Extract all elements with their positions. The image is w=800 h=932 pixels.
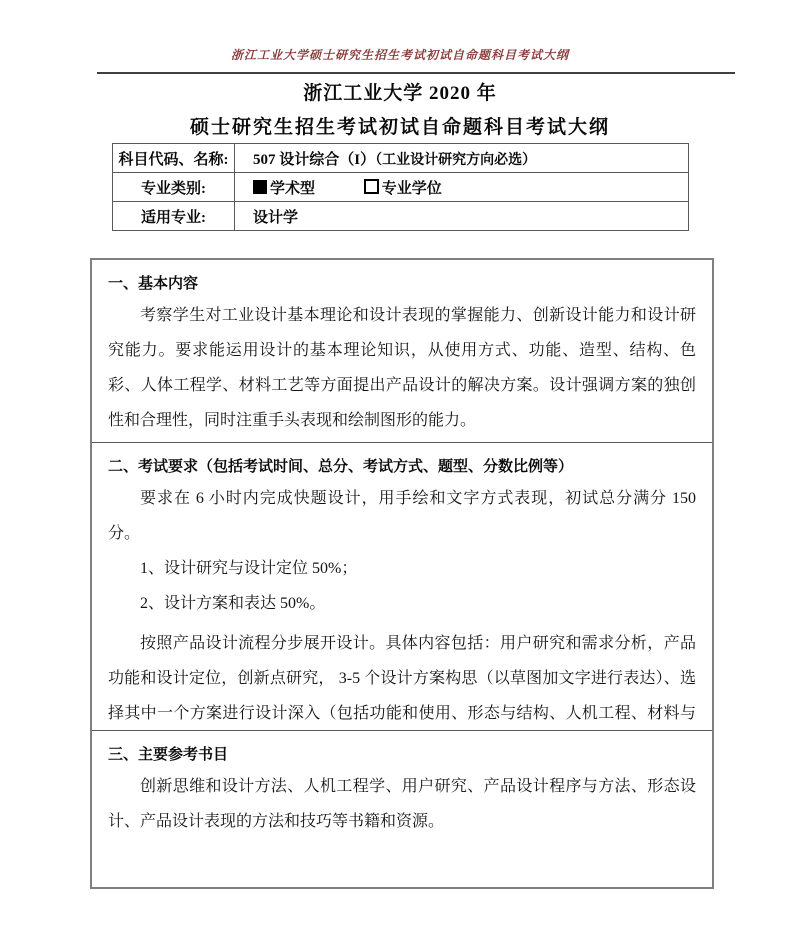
section-2-heading: 二、考试要求（包括考试时间、总分、考试方式、题型、分数比例等）: [108, 455, 696, 476]
section-1-paragraph: 考察学生对工业设计基本理论和设计表现的掌握能力、创新设计能力和设计研究能力。要求…: [108, 298, 696, 438]
section-2-list-item-2: 2、设计方案和表达 50%。: [108, 586, 696, 621]
subject-code-main: 507 设计综合（I）: [253, 152, 375, 168]
subject-info-table: 科目代码、名称: 507 设计综合（I）（工业设计研究方向必选） 专业类别: 学…: [112, 143, 689, 231]
section-3-paragraph: 创新思维和设计方法、人机工程学、用户研究、产品设计程序与方法、形态设计、产品设计…: [108, 769, 696, 839]
section-basic-content: 一、基本内容 考察学生对工业设计基本理论和设计表现的掌握能力、创新设计能力和设计…: [92, 260, 712, 443]
subject-code-note: （工业设计研究方向必选）: [375, 153, 536, 168]
professional-unchecked-box-icon: [364, 179, 379, 194]
section-reference-books: 三、主要参考书目 创新思维和设计方法、人机工程学、用户研究、产品设计程序与方法、…: [92, 731, 712, 887]
header-divider-rule: [97, 72, 735, 74]
academic-option-label: 学术型: [270, 181, 315, 197]
section-exam-requirements: 二、考试要求（包括考试时间、总分、考试方式、题型、分数比例等） 要求在 6 小时…: [92, 443, 712, 731]
professional-option-label: 专业学位: [382, 181, 442, 197]
page-header-line: 浙江工业大学硕士研究生招生考试初试自命题科目考试大纲: [0, 46, 800, 63]
section-2-list-item-1: 1、设计研究与设计定位 50%；: [108, 551, 696, 586]
section-2-paragraph-1: 要求在 6 小时内完成快题设计，用手绘和文字方式表现，初试总分满分 150 分。: [108, 481, 696, 551]
document-page: { "doc": { "header_line": "浙江工业大学硕士研究生招生…: [0, 0, 800, 932]
section-3-heading: 三、主要参考书目: [108, 743, 696, 764]
academic-checked-box-icon: [253, 180, 267, 194]
syllabus-content-box: 一、基本内容 考察学生对工业设计基本理论和设计表现的掌握能力、创新设计能力和设计…: [90, 258, 714, 889]
subject-code-value: 507 设计综合（I）（工业设计研究方向必选）: [235, 144, 689, 173]
table-row-subject-code: 科目代码、名称: 507 设计综合（I）（工业设计研究方向必选）: [113, 144, 689, 173]
document-title-line2: 硕士研究生招生考试初试自命题科目考试大纲: [0, 112, 800, 139]
applicable-major-value: 设计学: [235, 202, 689, 231]
subject-code-label: 科目代码、名称:: [113, 144, 235, 173]
category-value: 学术型 专业学位: [235, 173, 689, 202]
applicable-major-label: 适用专业:: [113, 202, 235, 231]
section-2-paragraph-2: 按照产品设计流程分步展开设计。具体内容包括：用户研究和需求分析，产品功能和设计定…: [108, 626, 696, 731]
document-title-line1: 浙江工业大学 2020 年: [0, 78, 800, 105]
section-1-heading: 一、基本内容: [108, 272, 696, 293]
category-label: 专业类别:: [113, 173, 235, 202]
table-row-applicable-major: 适用专业: 设计学: [113, 202, 689, 231]
table-row-category: 专业类别: 学术型 专业学位: [113, 173, 689, 202]
